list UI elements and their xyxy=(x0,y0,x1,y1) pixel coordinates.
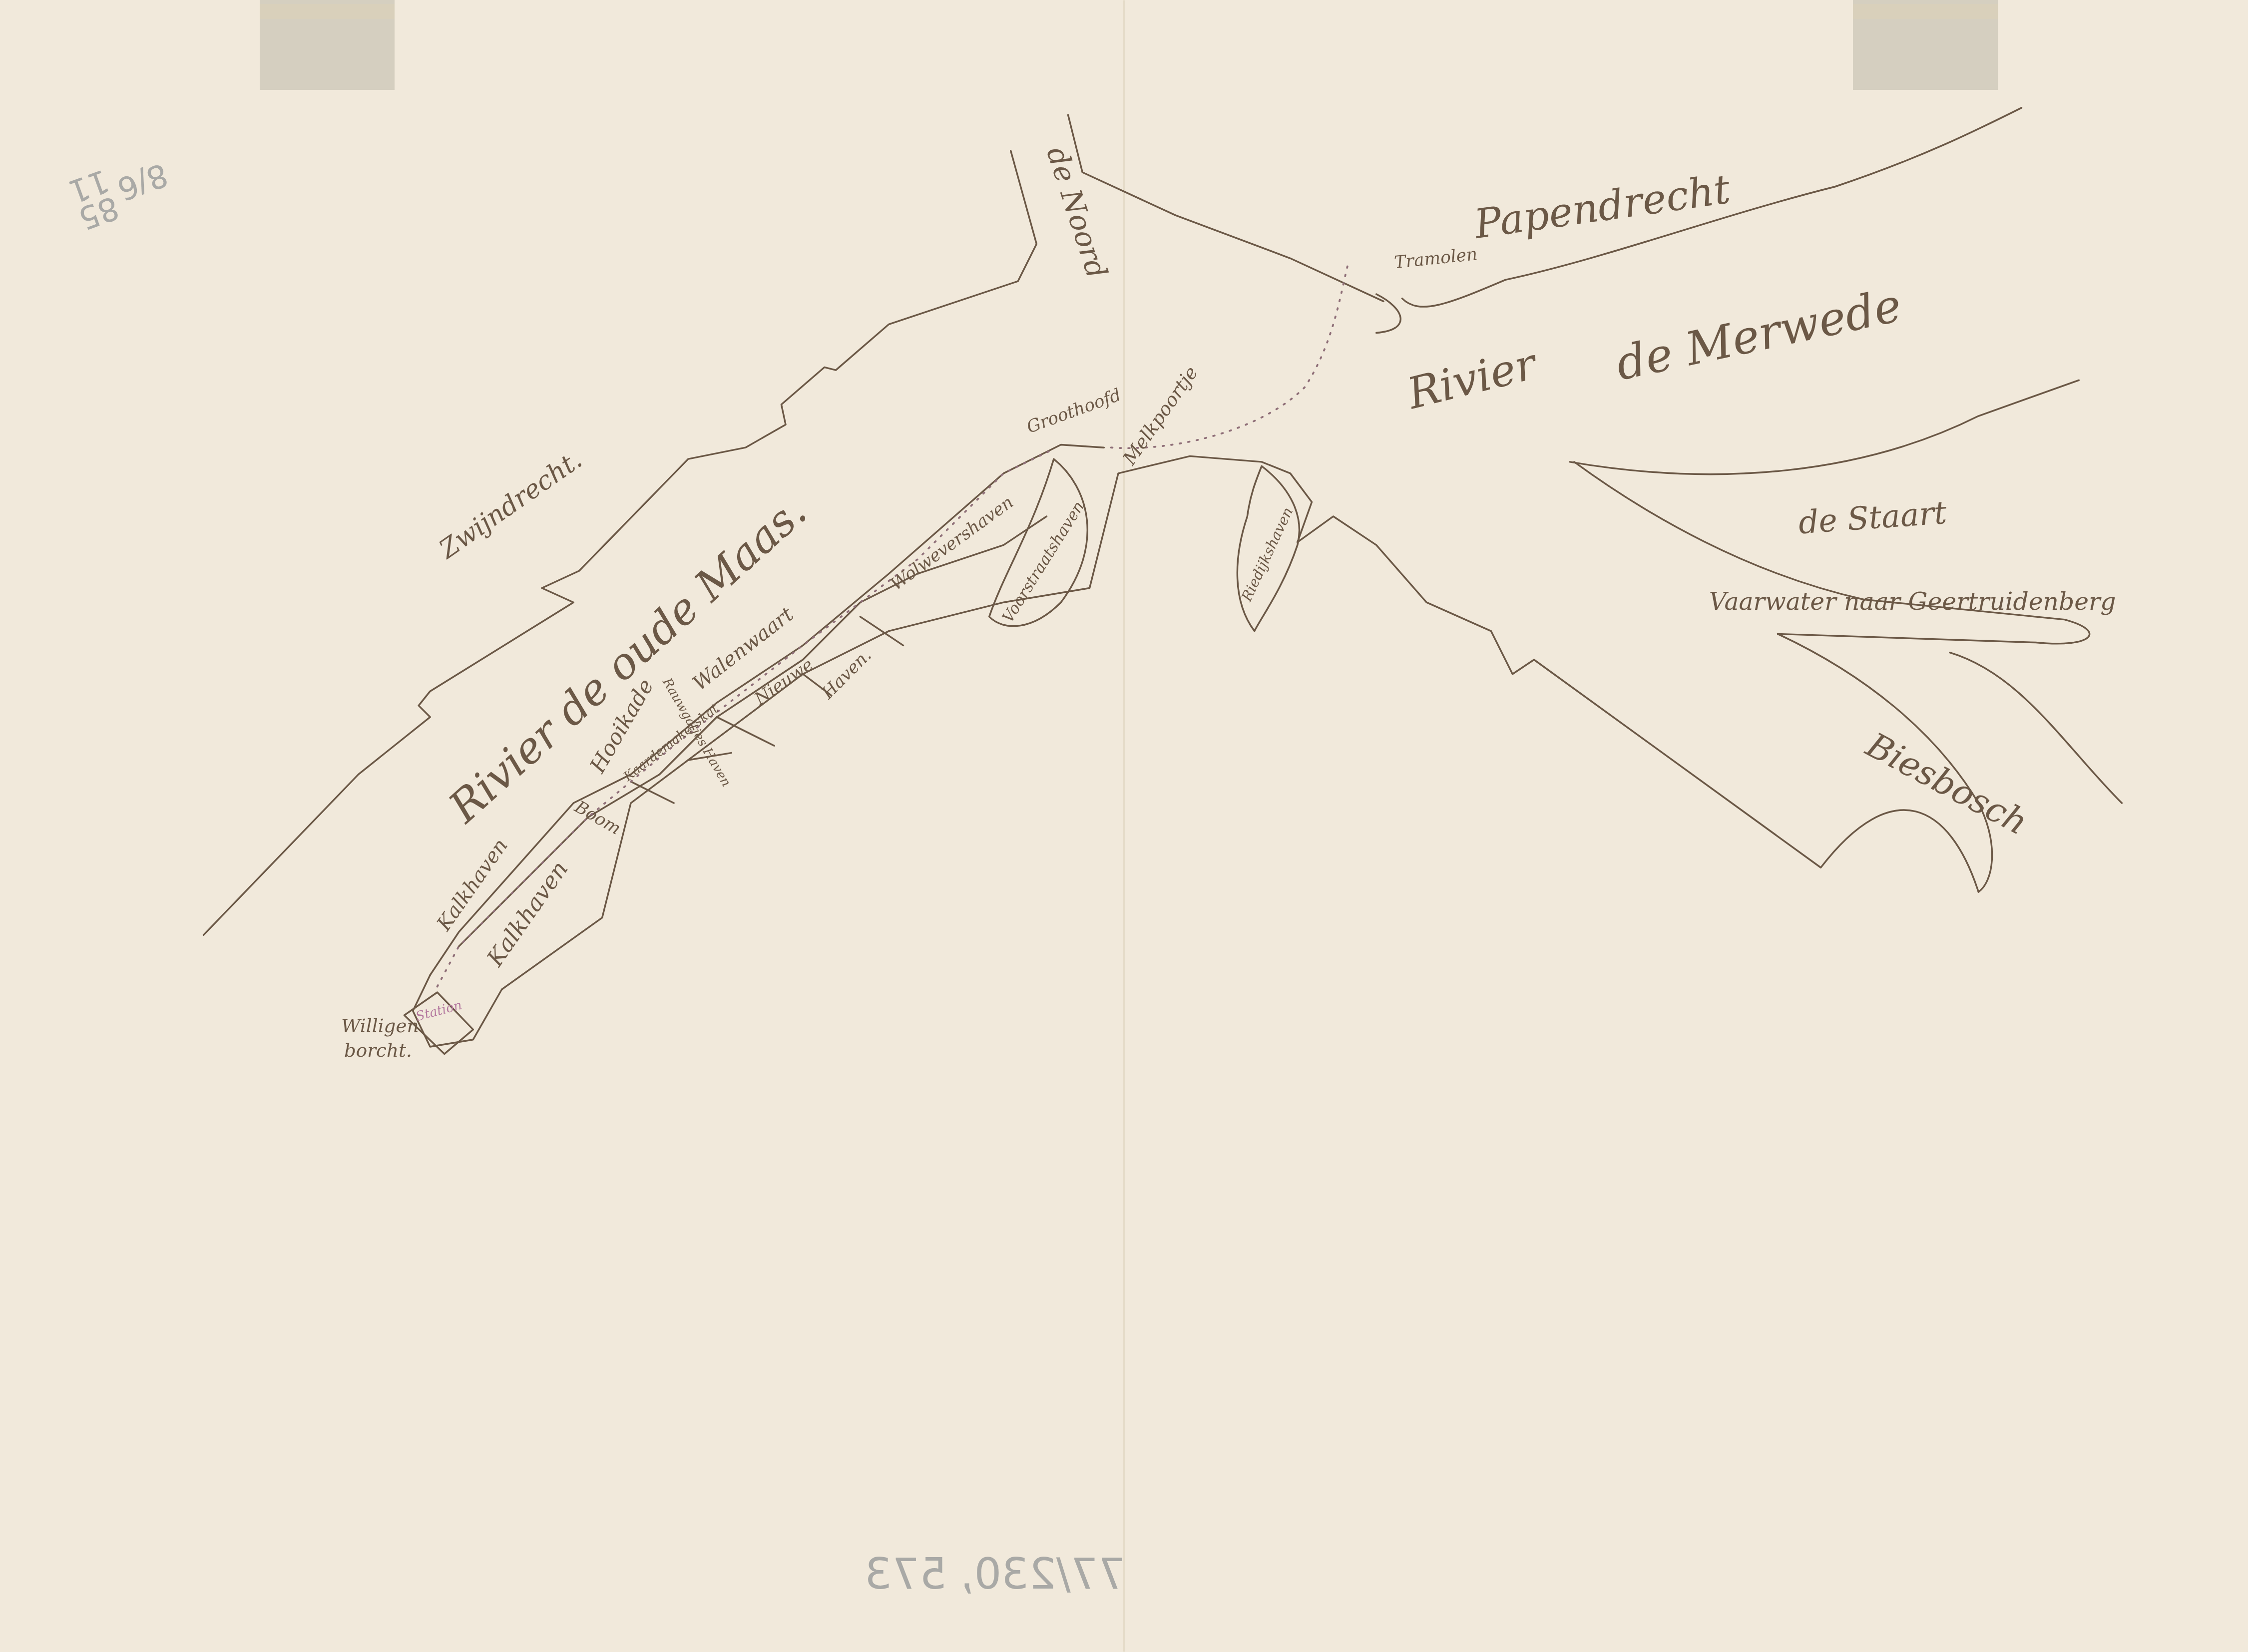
label-vaarwater: Vaarwater naar Geertruidenberg xyxy=(1709,587,2116,616)
map-sheet: Papendrecht Tramolen Rivier de Merwede d… xyxy=(0,0,2248,1652)
svg-text:8/6: 8/6 xyxy=(112,156,173,208)
label-kalkhaven-2: Kalkhaven xyxy=(481,856,573,971)
pencil-note-bottom: 77/230, 573 xyxy=(865,1549,1125,1599)
label-rivier: Rivier xyxy=(1401,339,1543,419)
label-biesbosch: Biesbosch xyxy=(1859,725,2034,843)
label-papendrecht: Papendrecht xyxy=(1470,165,1733,248)
label-haven: Haven. xyxy=(818,645,876,703)
papendrecht-shoreline xyxy=(1376,108,2022,333)
label-melkpoortje: Melkpoortje xyxy=(1118,362,1202,469)
label-de-merwede: de Merwede xyxy=(1611,278,1906,391)
dordrecht-east-shore xyxy=(1298,516,1979,892)
pencil-note-top-left: 85 11 8/6 xyxy=(64,142,178,237)
label-zwijndrecht: Zwijndrecht. xyxy=(433,444,587,565)
zwijndrecht-shoreline xyxy=(204,151,1037,935)
label-tramolen: Tramolen xyxy=(1393,244,1478,273)
label-nieuwe: Nieuwe xyxy=(751,655,817,710)
label-groothoofd: Groothoofd xyxy=(1024,385,1123,437)
label-station: Station xyxy=(414,998,463,1024)
map-drawing: Papendrecht Tramolen Rivier de Merwede d… xyxy=(0,0,2248,1652)
noord-bank xyxy=(1068,115,1384,301)
staart-south-bank xyxy=(1574,462,2090,644)
staart-north-bank xyxy=(1570,380,2079,474)
label-borcht: borcht. xyxy=(344,1039,412,1061)
label-wolwevershaven: Wolwevershaven xyxy=(887,492,1017,595)
label-de-noord: de Noord xyxy=(1040,143,1114,283)
label-willigen: Willigen xyxy=(341,1015,419,1037)
label-de-staart: de Staart xyxy=(1797,494,1948,541)
voorstraatshaven-island xyxy=(989,459,1088,626)
svg-text:77/230, 573: 77/230, 573 xyxy=(865,1549,1125,1599)
label-boom: Boom xyxy=(571,797,624,839)
